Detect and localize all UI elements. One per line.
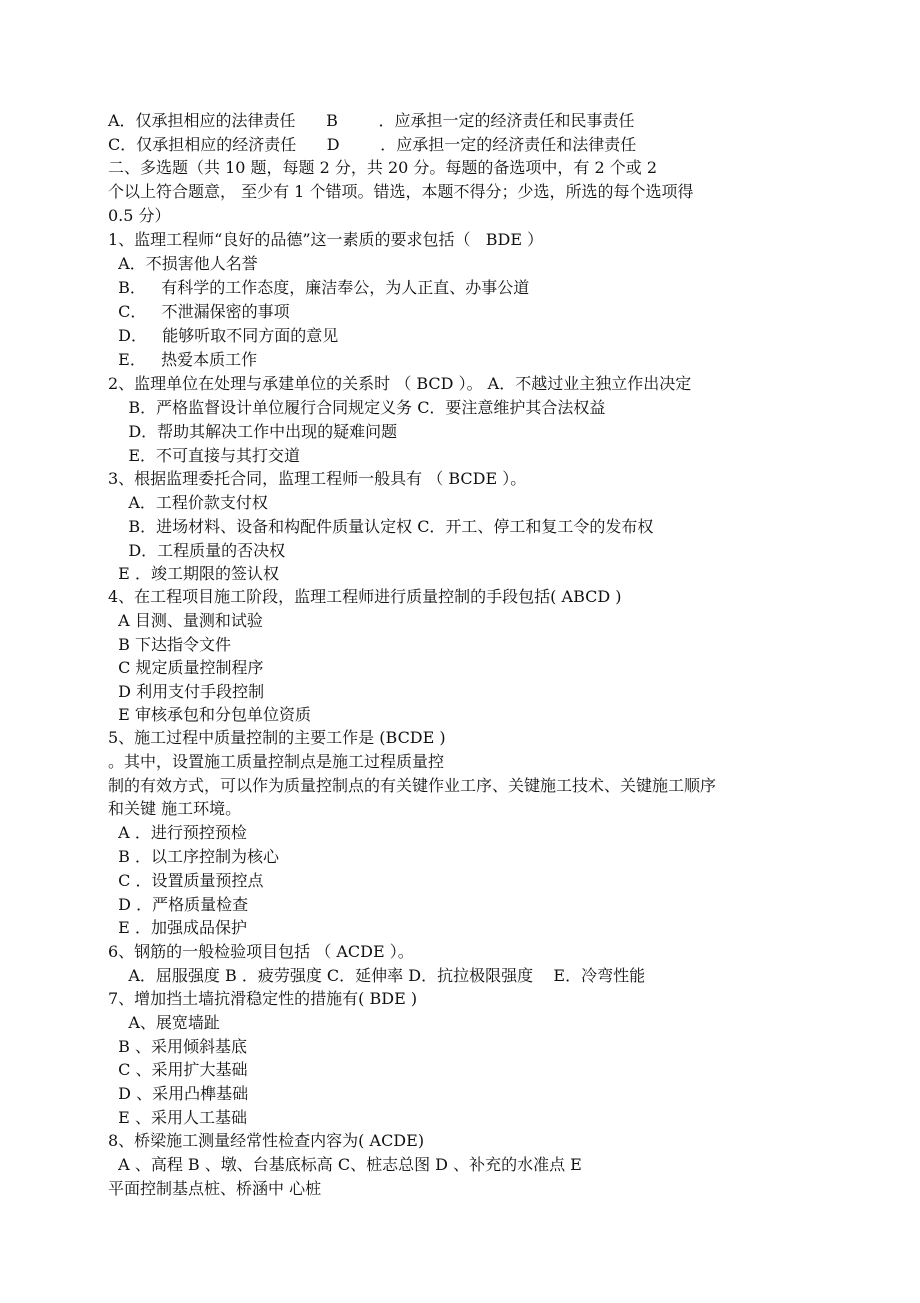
question-1-option: B． 有科学的工作态度，廉洁奉公，为人正直、办事公道: [108, 277, 529, 299]
question-3-option: D．工程质量的否决权: [108, 540, 285, 562]
question-3-option: E ．竣工期限的签认权: [108, 563, 279, 585]
question-3-option: B．进场材料、设备和构配件质量认定权 C．开工、停工和复工令的发布权: [108, 516, 653, 538]
question-7-option: E 、采用人工基础: [108, 1107, 247, 1129]
question-4-option: A 目测、量测和试验: [108, 610, 263, 632]
question-8-option: A 、高程 B 、墩、台基底标高 C、桩志总图 D 、补充的水准点 E: [108, 1154, 582, 1176]
question-2-option: E．不可直接与其打交道: [108, 445, 300, 467]
document-page: A．仅承担相应的法律责任 B ．应承担一定的经济责任和民事责任 C．仅承担相应的…: [0, 0, 920, 1303]
question-5-stem: 和关键 施工环境。: [108, 798, 241, 820]
question-5-option: D ．严格质量检查: [108, 894, 248, 916]
question-5-option: B ．以工序控制为核心: [108, 846, 279, 868]
question-5-option: A ．进行预控预检: [108, 822, 247, 844]
question-2-stem: 2、监理单位在处理与承建单位的关系时 （ BCD ）。 A．不越过业主独立作出决…: [108, 373, 691, 395]
question-5-stem: 。其中，设置施工质量控制点是施工过程质量控: [108, 751, 444, 773]
question-5-option: C ．设置质量预控点: [108, 870, 264, 892]
question-5-option: E ．加强成品保护: [108, 917, 247, 939]
question-8-option: 平面控制基点桩、桥涵中 心桩: [108, 1178, 321, 1200]
question-5-stem: 5、施工过程中质量控制的主要工作是 (BCDE ): [108, 727, 446, 749]
question-4-option: C 规定质量控制程序: [108, 657, 264, 679]
question-2-option: B．严格监督设计单位履行合同规定义务 C．要注意维护其合法权益: [108, 397, 605, 419]
question-4-option: D 利用支付手段控制: [108, 681, 264, 703]
section-heading: 0.5 分）: [108, 205, 171, 227]
question-4-option: E 审核承包和分包单位资质: [108, 704, 311, 726]
question-7-option: D 、采用凸榫基础: [108, 1083, 248, 1105]
question-7-option: B 、采用倾斜基底: [108, 1036, 247, 1058]
question-1-option: A．不损害他人名誉: [108, 253, 258, 275]
question-6-stem: 6、钢筋的一般检验项目包括 （ ACDE ）。: [108, 941, 414, 963]
question-5-stem: 制的有效方式，可以作为质量控制点的有关键作业工序、关键施工技术、关键施工顺序: [108, 775, 716, 797]
section-heading: 个以上符合题意， 至少有 1 个错项。错选，本题不得分；少选，所选的每个选项得: [108, 181, 693, 203]
question-8-stem: 8、桥梁施工测量经常性检查内容为( ACDE): [108, 1130, 424, 1152]
question-2-option: D．帮助其解决工作中出现的疑难问题: [108, 421, 397, 443]
question-3-stem: 3、根据监理委托合同，监理工程师一般具有 （ BCDE ）。: [108, 468, 526, 490]
question-7-option: C 、采用扩大基础: [108, 1059, 248, 1081]
question-7-option: A、展宽墙趾: [108, 1012, 220, 1034]
question-3-option: A．工程价款支付权: [108, 492, 268, 514]
question-1-option: E． 热爱本质工作: [108, 349, 257, 371]
question-6-option: A．屈服强度 B ．疲劳强度 C．延伸率 D．抗拉极限强度 E．冷弯性能: [108, 965, 645, 987]
question-4-stem: 4、在工程项目施工阶段，监理工程师进行质量控制的手段包括( ABCD ): [108, 586, 622, 608]
question-1-option: C． 不泄漏保密的事项: [108, 301, 290, 323]
question-1-option: D． 能够听取不同方面的意见: [108, 325, 338, 347]
question-4-option: B 下达指令文件: [108, 634, 231, 656]
question-7-stem: 7、增加挡土墙抗滑稳定性的措施有( BDE ): [108, 988, 417, 1010]
question-1-stem: 1、监理工程师“良好的品德”这一素质的要求包括（ BDE ）: [108, 229, 543, 251]
section-heading: 二、多选题（共 10 题，每题 2 分，共 20 分。每题的备选项中，有 2 个…: [108, 157, 657, 179]
option-line: A．仅承担相应的法律责任 B ．应承担一定的经济责任和民事责任: [108, 110, 635, 132]
option-line: C．仅承担相应的经济责任 D ．应承担一定的经济责任和法律责任: [108, 134, 636, 156]
